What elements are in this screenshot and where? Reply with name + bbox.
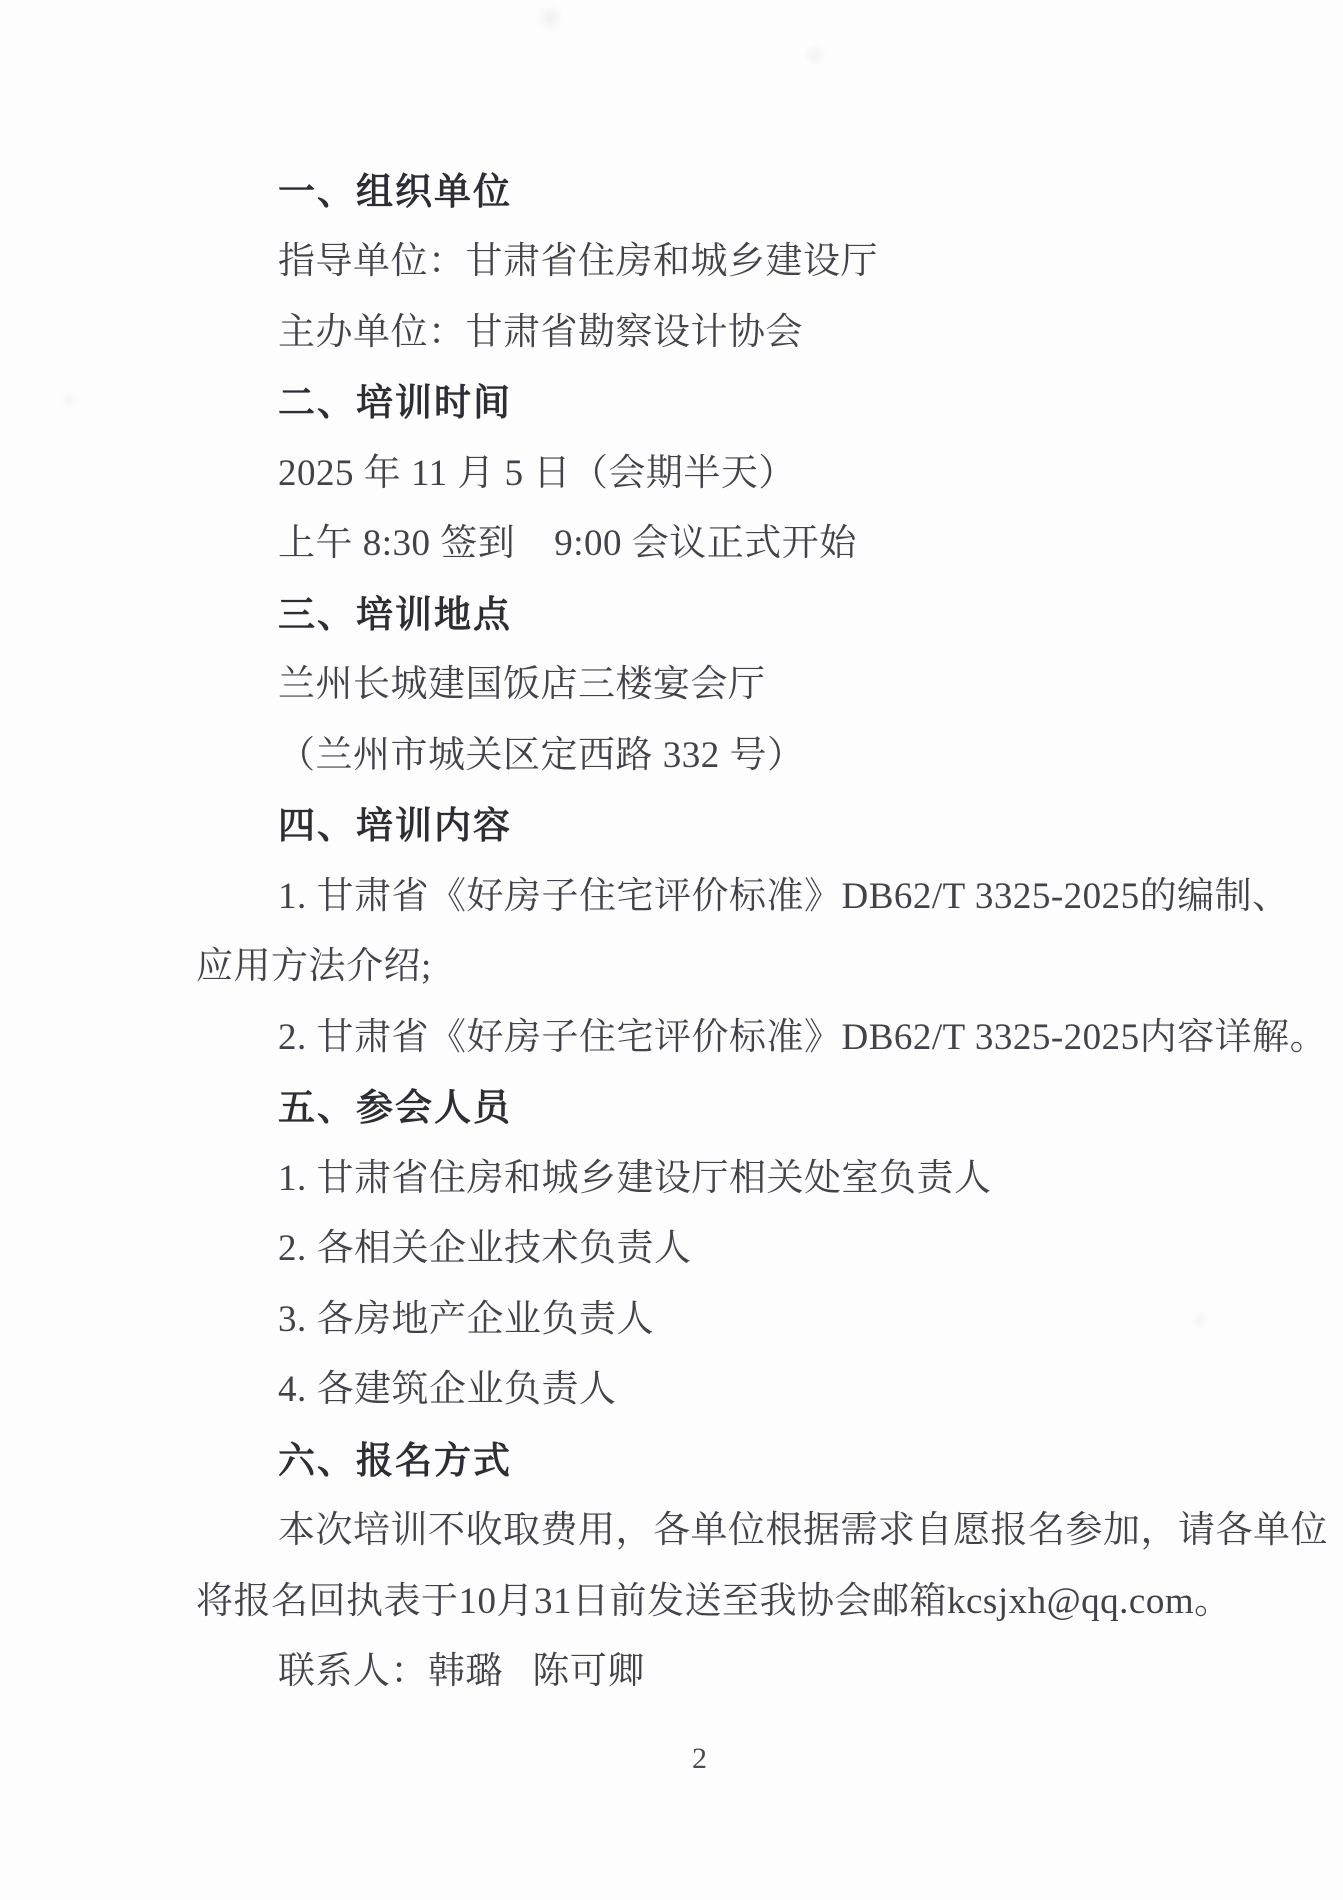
section-heading-training-content: 四、培训内容 (196, 791, 1293, 862)
venue-name-line: 兰州长城建国饭店三楼宴会厅 (196, 650, 1293, 721)
training-schedule-line: 上午 8:30 签到 9:00 会议正式开始 (196, 509, 1293, 580)
content-item-1-line-1: 1. 甘肃省《好房子住宅评价标准》DB62/T 3325-2025的编制、 (196, 861, 1293, 932)
host-unit-line: 主办单位：甘肃省勘察设计协会 (196, 297, 1293, 368)
attendee-item-3: 3. 各房地产企业负责人 (196, 1284, 1293, 1355)
attendee-item-4: 4. 各建筑企业负责人 (196, 1355, 1293, 1426)
registration-info-line-2: 将报名回执表于10月31日前发送至我协会邮箱kcsjxh@qq.com。 (196, 1566, 1293, 1637)
document-page: 一、组织单位 指导单位：甘肃省住房和城乡建设厅 主办单位：甘肃省勘察设计协会 二… (0, 0, 1343, 1900)
section-training-time: 二、培训时间 2025 年 11 月 5 日（会期半天） 上午 8:30 签到 … (196, 368, 1293, 580)
document-content: 一、组织单位 指导单位：甘肃省住房和城乡建设厅 主办单位：甘肃省勘察设计协会 二… (196, 156, 1293, 1707)
section-heading-attendees: 五、参会人员 (196, 1073, 1293, 1144)
content-item-2-line: 2. 甘肃省《好房子住宅评价标准》DB62/T 3325-2025内容详解。 (196, 1002, 1293, 1073)
registration-info-line-1: 本次培训不收取费用，各单位根据需求自愿报名参加，请各单位 (196, 1496, 1293, 1567)
attendee-item-1: 1. 甘肃省住房和城乡建设厅相关处室负责人 (196, 1143, 1293, 1214)
section-training-venue: 三、培训地点 兰州长城建国饭店三楼宴会厅 （兰州市城关区定西路 332 号） (196, 579, 1293, 791)
section-training-content: 四、培训内容 1. 甘肃省《好房子住宅评价标准》DB62/T 3325-2025… (196, 791, 1293, 1073)
section-heading-organizers: 一、组织单位 (196, 156, 1293, 227)
section-heading-registration: 六、报名方式 (196, 1425, 1293, 1496)
contact-persons-line: 联系人：韩璐 陈可卿 (196, 1637, 1293, 1708)
training-date-line: 2025 年 11 月 5 日（会期半天） (196, 438, 1293, 509)
section-attendees: 五、参会人员 1. 甘肃省住房和城乡建设厅相关处室负责人 2. 各相关企业技术负… (196, 1073, 1293, 1426)
page-number: 2 (692, 1742, 707, 1776)
guiding-unit-line: 指导单位：甘肃省住房和城乡建设厅 (196, 227, 1293, 298)
attendee-item-2: 2. 各相关企业技术负责人 (196, 1214, 1293, 1285)
section-heading-training-time: 二、培训时间 (196, 368, 1293, 439)
venue-address-line: （兰州市城关区定西路 332 号） (196, 720, 1293, 791)
section-registration: 六、报名方式 本次培训不收取费用，各单位根据需求自愿报名参加，请各单位 将报名回… (196, 1425, 1293, 1707)
content-item-1-line-2: 应用方法介绍; (196, 932, 1293, 1003)
section-heading-training-venue: 三、培训地点 (196, 579, 1293, 650)
section-organizers: 一、组织单位 指导单位：甘肃省住房和城乡建设厅 主办单位：甘肃省勘察设计协会 (196, 156, 1293, 368)
